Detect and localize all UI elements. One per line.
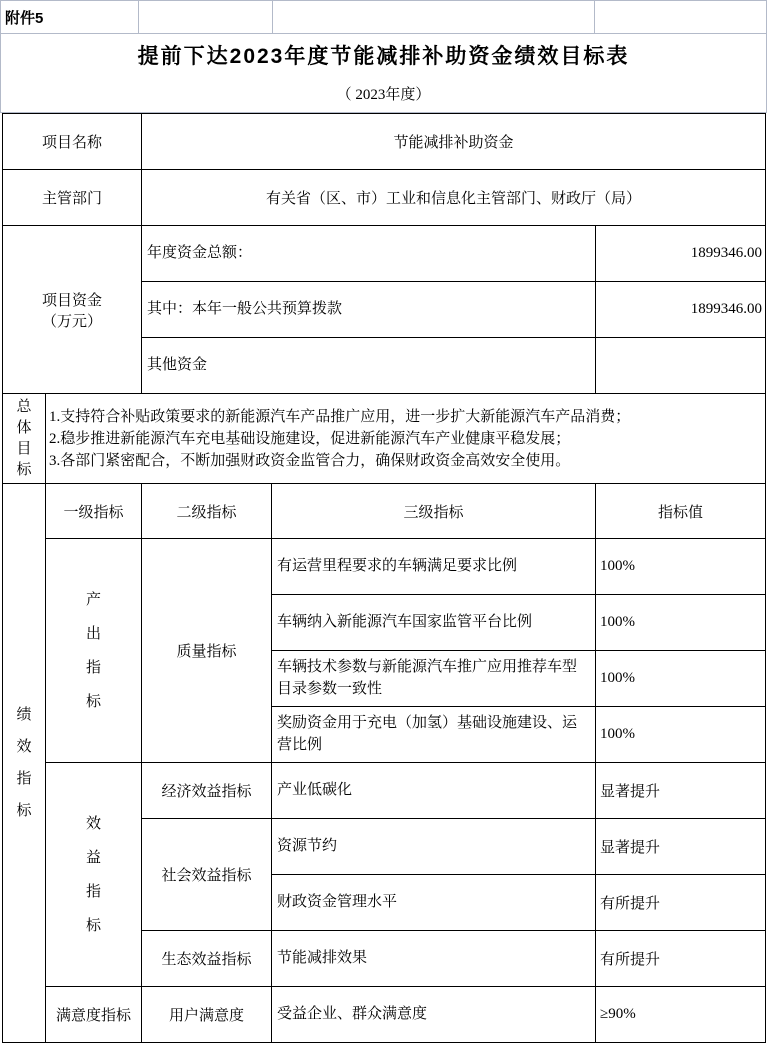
indicator-value: 100% bbox=[596, 651, 766, 707]
header-level3: 三级指标 bbox=[272, 484, 596, 539]
table-row: 满意度指标 用户满意度 受益企业、群众满意度 ≥90% bbox=[3, 987, 766, 1043]
performance-table: 项目名称 节能减排补助资金 主管部门 有关省（区、市）工业和信息化主管部门、财政… bbox=[2, 113, 766, 1043]
indicator-l3: 奖励资金用于充电（加氢）基础设施建设、运营比例 bbox=[272, 707, 596, 763]
funds-row-label: 其他资金 bbox=[142, 338, 596, 394]
dept-label: 主管部门 bbox=[3, 170, 142, 226]
indicator-value: 显著提升 bbox=[596, 763, 766, 819]
dept-value: 有关省（区、市）工业和信息化主管部门、财政厅（局） bbox=[142, 170, 766, 226]
indicator-l3: 有运营里程要求的车辆满足要求比例 bbox=[272, 539, 596, 595]
funds-label-line2: （万元） bbox=[3, 310, 141, 331]
project-name-label: 项目名称 bbox=[3, 114, 142, 170]
table-row: 主管部门 有关省（区、市）工业和信息化主管部门、财政厅（局） bbox=[3, 170, 766, 226]
funds-row-value: 1899346.00 bbox=[596, 226, 766, 282]
document-page: 附件5 提前下达2023年度节能减排补助资金绩效目标表 （ 2023年度） 项目… bbox=[0, 0, 767, 1044]
table-row: 产出指标 质量指标 有运营里程要求的车辆满足要求比例 100% bbox=[3, 539, 766, 595]
empty-cell bbox=[595, 0, 767, 34]
indicator-value: 100% bbox=[596, 707, 766, 763]
page-title: 提前下达2023年度节能减排补助资金绩效目标表 bbox=[138, 40, 630, 70]
table-row: 效益指标 经济效益指标 产业低碳化 显著提升 bbox=[3, 763, 766, 819]
level2-user: 用户满意度 bbox=[142, 987, 272, 1043]
level2-quality: 质量指标 bbox=[142, 539, 272, 763]
empty-cell bbox=[139, 0, 273, 34]
goal-line: 2.稳步推进新能源汽车充电基础设施建设，促进新能源汽车产业健康平稳发展； bbox=[49, 428, 761, 450]
funds-label: 项目资金 （万元） bbox=[3, 226, 142, 394]
goal-line: 3.各部门紧密配合，不断加强财政资金监管合力，确保财政资金高效安全使用。 bbox=[49, 450, 761, 472]
funds-row-value bbox=[596, 338, 766, 394]
table-header-row: 绩效指标 一级指标 二级指标 三级指标 指标值 bbox=[3, 484, 766, 539]
subtitle-row: （ 2023年度） bbox=[0, 75, 767, 113]
indicator-l3: 资源节约 bbox=[272, 819, 596, 875]
funds-row-value: 1899346.00 bbox=[596, 282, 766, 338]
indicator-value: 显著提升 bbox=[596, 819, 766, 875]
spreadsheet-top-row: 附件5 bbox=[0, 0, 767, 34]
goal-line: 1.支持符合补贴政策要求的新能源汽车产品推广应用，进一步扩大新能源汽车产品消费； bbox=[49, 406, 761, 428]
indicator-value: 100% bbox=[596, 539, 766, 595]
level1-output: 产出指标 bbox=[46, 539, 142, 763]
level2-ecological: 生态效益指标 bbox=[142, 931, 272, 987]
indicator-value: 有所提升 bbox=[596, 931, 766, 987]
indicator-value: 有所提升 bbox=[596, 875, 766, 931]
indicator-l3: 车辆纳入新能源汽车国家监管平台比例 bbox=[272, 595, 596, 651]
indicator-value: 100% bbox=[596, 595, 766, 651]
table-row: 总体目标 1.支持符合补贴政策要求的新能源汽车产品推广应用，进一步扩大新能源汽车… bbox=[3, 394, 766, 484]
indicator-l3: 财政资金管理水平 bbox=[272, 875, 596, 931]
indicator-l3: 车辆技术参数与新能源汽车推广应用推荐车型目录参数一致性 bbox=[272, 651, 596, 707]
page-subtitle: （ 2023年度） bbox=[337, 83, 431, 104]
indicator-l3: 受益企业、群众满意度 bbox=[272, 987, 596, 1043]
overall-goal-content: 1.支持符合补贴政策要求的新能源汽车产品推广应用，进一步扩大新能源汽车产品消费；… bbox=[46, 394, 766, 484]
funds-label-line1: 项目资金 bbox=[3, 289, 141, 310]
level2-social: 社会效益指标 bbox=[142, 819, 272, 931]
table-row: 项目名称 节能减排补助资金 bbox=[3, 114, 766, 170]
header-value: 指标值 bbox=[596, 484, 766, 539]
indicator-l3: 产业低碳化 bbox=[272, 763, 596, 819]
overall-goal-label: 总体目标 bbox=[3, 394, 46, 484]
level2-economic: 经济效益指标 bbox=[142, 763, 272, 819]
project-name-value: 节能减排补助资金 bbox=[142, 114, 766, 170]
header-level2: 二级指标 bbox=[142, 484, 272, 539]
indicator-l3: 节能减排效果 bbox=[272, 931, 596, 987]
header-level1: 一级指标 bbox=[46, 484, 142, 539]
indicator-value: ≥90% bbox=[596, 987, 766, 1043]
attachment-label: 附件5 bbox=[0, 0, 139, 34]
title-row: 提前下达2023年度节能减排补助资金绩效目标表 bbox=[0, 34, 767, 75]
funds-row-label: 年度资金总额： bbox=[142, 226, 596, 282]
level1-benefit: 效益指标 bbox=[46, 763, 142, 987]
table-row: 项目资金 （万元） 年度资金总额： 1899346.00 bbox=[3, 226, 766, 282]
empty-cell bbox=[273, 0, 595, 34]
level1-satisfaction: 满意度指标 bbox=[46, 987, 142, 1043]
funds-row-label: 其中：本年一般公共预算拨款 bbox=[142, 282, 596, 338]
performance-label: 绩效指标 bbox=[3, 484, 46, 1043]
